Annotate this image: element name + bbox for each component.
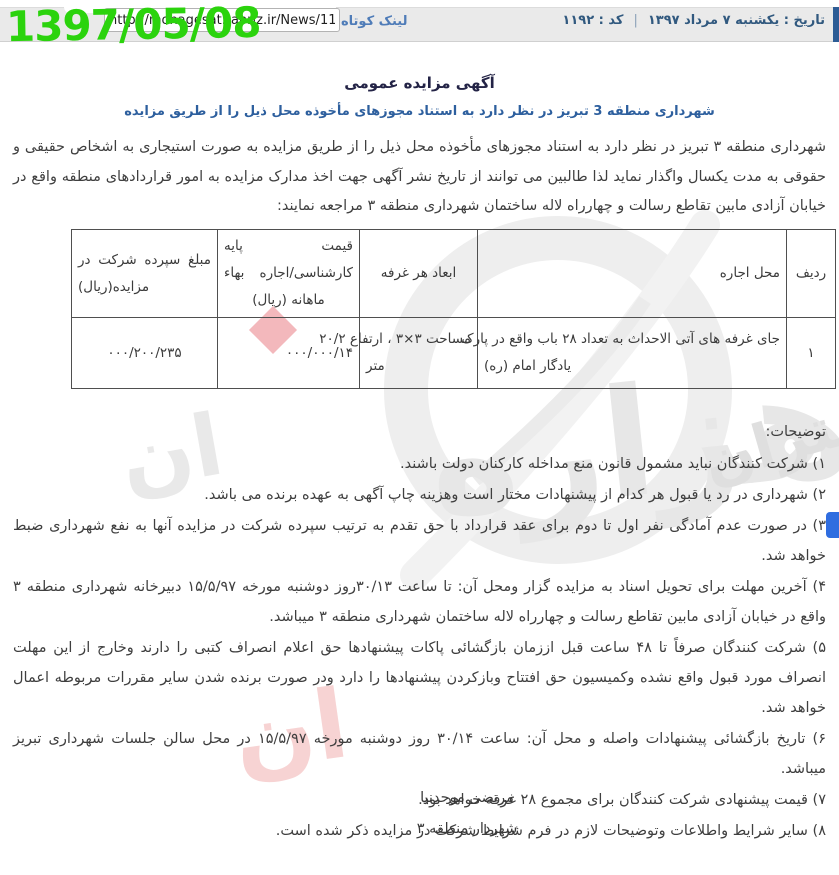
- col-header-deposit: مبلغ سپرده شرکت در مزایده(ریال): [72, 230, 218, 318]
- signature-title: شهردار منطقه ۳: [130, 814, 804, 845]
- cell-deposit: ۰۰۰/۲۰۰/۲۳۵: [72, 318, 218, 389]
- code-text: کد : ۱۱۹۲: [562, 13, 623, 28]
- col-header-mahal: محل اجاره: [478, 230, 787, 318]
- note-item-3: ۳) در صورت عدم آمادگی نفر اول تا دوم برا…: [13, 511, 826, 571]
- auction-table: ردیف محل اجاره ابعاد هر غرفه قیمت پایه ک…: [71, 229, 836, 389]
- date-code: تاریخ : یکشنبه ۷ مرداد ۱۳۹۷|کد : ۱۱۹۲: [562, 13, 825, 28]
- short-link-label: لینک کوتاه: [341, 14, 407, 29]
- col-header-price: قیمت پایه کارشناسی/اجاره بهاء ماهانه (ری…: [218, 230, 360, 318]
- note-item-2: ۲) شهرداری در رد یا قبول هر کدام از پیشن…: [13, 480, 826, 510]
- page: تاریخ : یکشنبه ۷ مرداد ۱۳۹۷|کد : ۱۱۹۲ لی…: [0, 0, 839, 875]
- notes-heading: توضیحات:: [13, 417, 826, 447]
- page-title: آگهی مزایده عمومی: [0, 74, 839, 92]
- signature-block: مرتضی موحدنیا شهردار منطقه ۳: [130, 783, 804, 845]
- signature-name: مرتضی موحدنیا: [130, 783, 804, 814]
- cell-radif: ۱: [787, 318, 836, 389]
- date-text: تاریخ : یکشنبه ۷ مرداد ۱۳۹۷: [648, 13, 825, 28]
- col-header-abad: ابعاد هر غرفه: [360, 230, 478, 318]
- page-subtitle: شهرداری منطقه 3 تبریز در نظر دارد به است…: [0, 104, 839, 119]
- intro-paragraph: شهرداری منطقه ۳ تبریز در نظر دارد به است…: [13, 133, 826, 222]
- note-item-4: ۴) آخرین مهلت برای تحویل اسناد به مزایده…: [13, 572, 826, 632]
- note-item-5: ۵) شرکت کنندگان صرفاً تا ۴۸ ساعت قبل ازز…: [13, 633, 826, 723]
- scroll-widget[interactable]: [826, 512, 839, 538]
- cell-mahal: جای غرفه های آتی الاحداث به تعداد ۲۸ باب…: [478, 318, 787, 389]
- date-stamp: 1397/05/08: [6, 0, 261, 51]
- accent-bar: [833, 7, 839, 42]
- col-header-radif: ردیف: [787, 230, 836, 318]
- separator: |: [633, 13, 637, 28]
- note-item-1: ۱) شرکت کنندگان نباید مشمول قانون منع مد…: [13, 449, 826, 479]
- table-row: ۱ جای غرفه های آتی الاحداث به تعداد ۲۸ ب…: [72, 318, 836, 389]
- cell-abad: مساحت ۳×۳ ، ارتفاع ۲۰/۲ متر: [360, 318, 478, 389]
- note-item-6: ۶) تاریخ بازگشائی پیشنهادات واصله و محل …: [13, 724, 826, 784]
- table-header-row: ردیف محل اجاره ابعاد هر غرفه قیمت پایه ک…: [72, 230, 836, 318]
